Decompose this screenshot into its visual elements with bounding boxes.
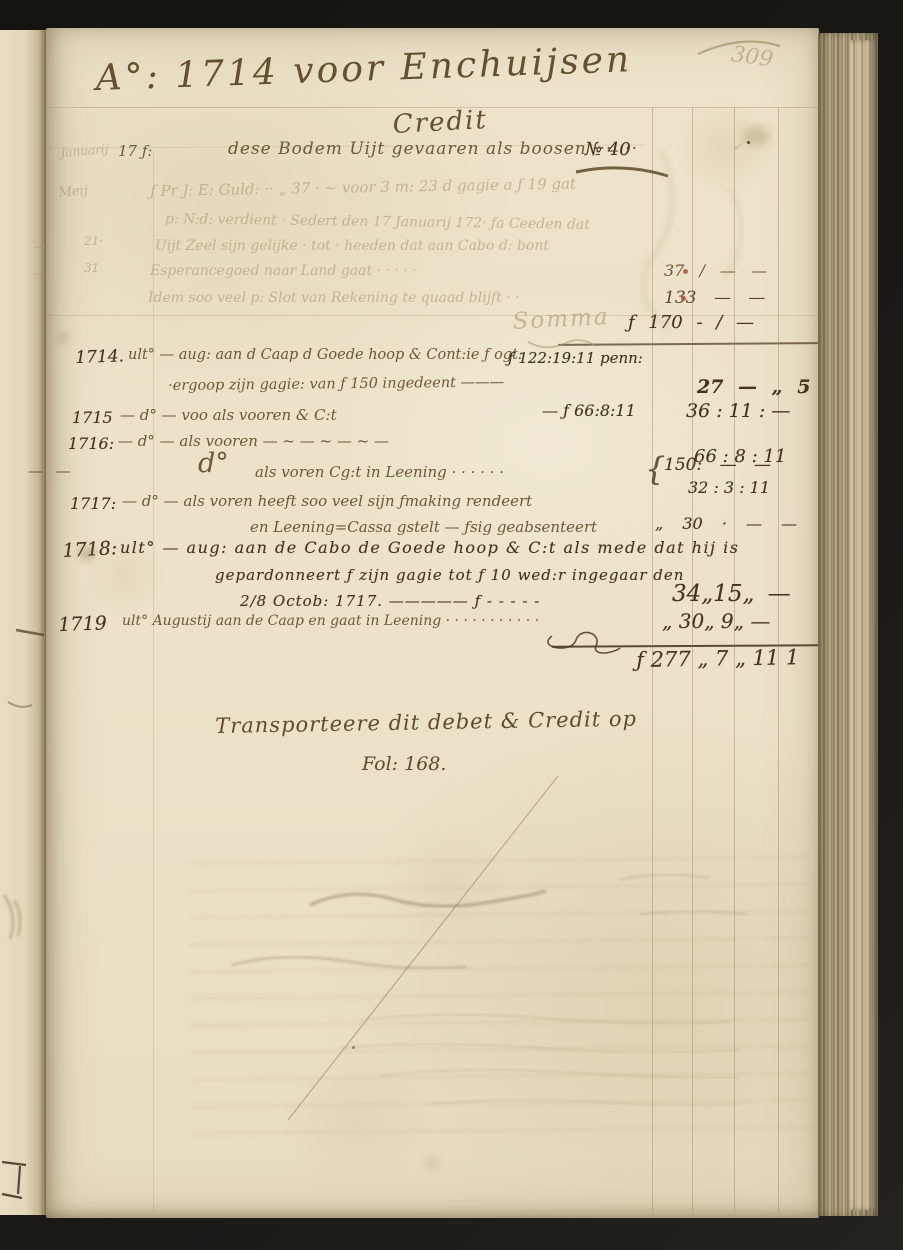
- entry-year-1717: 1717:: [70, 494, 116, 513]
- entry-row1-text: dese Bodem Uijt gevaaren als boosen ····…: [228, 139, 638, 159]
- leening-left-dashes: — —: [28, 462, 71, 480]
- entry-1716-text: — d° — als vooren — ~ — ~ — ~ —: [118, 432, 389, 450]
- margin-month-meij: Meij: [58, 183, 89, 201]
- faded-line-3: Uijt Zeel sijn gelijke · tot · heeden da…: [155, 238, 549, 254]
- margin-ghost-21: 21·: [84, 234, 103, 248]
- margin-column-rule: [153, 150, 154, 1212]
- leening-ditto: d°: [198, 448, 229, 479]
- ink-stain: [424, 1158, 440, 1168]
- folio-ref-40: № 40: [585, 139, 631, 160]
- entry-1715-text: — d° — voo als vooren & C:t: [120, 406, 337, 424]
- entry-year-1716: 1716:: [68, 434, 114, 453]
- credit-heading: Credit: [392, 105, 489, 140]
- ink-speck: [747, 141, 750, 144]
- previous-page-edge: [0, 30, 47, 1215]
- entry-1718-line1: ult° — aug: aan de Cabo de Goede hoop & …: [120, 538, 739, 557]
- faded-line-5: Idem soo veel p: Slot van Rekening te qu…: [148, 290, 520, 306]
- entry-1714-line1: ult° — aug: aan d Caap d Goede hoop & Co…: [128, 347, 523, 363]
- leening-text: als voren Cg:t in Leening · · · · · ·: [255, 463, 504, 481]
- total-amount: ƒ 277 „ 7 „ 11 1: [636, 645, 800, 672]
- entry-1718-line2: gepardonneert ƒ zijn gagie tot ƒ 10 wed:…: [215, 566, 684, 584]
- ink-stain: [58, 334, 69, 343]
- entry-1717-line2: en Leening=Cassa gstelt — ƒsig geabsente…: [250, 518, 597, 536]
- entry-year-1715: 1715: [72, 408, 113, 427]
- margin-ghost-31: 31: [84, 261, 99, 275]
- entry-1719-text: ult° Augustij aan de Caap en gaat in Lee…: [122, 613, 539, 629]
- transport-line2: Fol: 168.: [362, 753, 446, 775]
- amount-1714: 27 — „ 5: [697, 376, 810, 398]
- amount-leening-bottom: 32 : 3 : 11: [688, 478, 770, 497]
- amount-1715: 36 : 11 : —: [686, 400, 790, 422]
- red-dot-1: [683, 269, 688, 274]
- amount-1717: „ 30 · — —: [655, 514, 797, 533]
- amount-1719: „ 30„ 9„ —: [662, 609, 770, 633]
- entry-year-1714: 1714.: [75, 346, 124, 368]
- entry-1718-line3: 2∕8 Octob: 1717. ————— ƒ - - - - -: [240, 592, 540, 610]
- faded-line-4: Esperancegoed naar Land gaat · · · · ·: [150, 263, 417, 279]
- amount-brace: {: [645, 450, 665, 488]
- amount-37: 37 ∕ — —: [664, 261, 767, 280]
- somma-amount: ƒ 170 - ∕ —: [628, 312, 754, 333]
- entry-1715-inline-amount: — ƒ 66:8:11: [542, 401, 636, 420]
- check-mark: ✓: [733, 140, 742, 153]
- entry-1717-line1: — d° — als voren heeft soo veel sijn ƒma…: [122, 492, 532, 510]
- day-mark: 17 ƒ:: [118, 142, 152, 160]
- manuscript-scan: { "colors": { "paper": "#ece3ca", "ink_d…: [0, 0, 903, 1250]
- red-dot-2: [681, 296, 686, 301]
- amount-1718: 34„15„ —: [672, 581, 791, 607]
- amount-133: 133 — —: [664, 288, 765, 308]
- book-fore-edge-outer: [850, 40, 876, 1210]
- amount-leening-top: 150: — —: [664, 455, 771, 475]
- ink-stain: [78, 546, 96, 560]
- somma-label: Somma: [512, 304, 610, 335]
- entry-year-1719: 1719: [58, 612, 107, 636]
- entry-1714-inline-amount: ƒ 122:19:11 penn:: [508, 349, 643, 367]
- margin-ghost-dash-1: —: [34, 240, 47, 255]
- ink-speck: [352, 1046, 355, 1049]
- margin-ghost-dash-2: —: [34, 267, 47, 282]
